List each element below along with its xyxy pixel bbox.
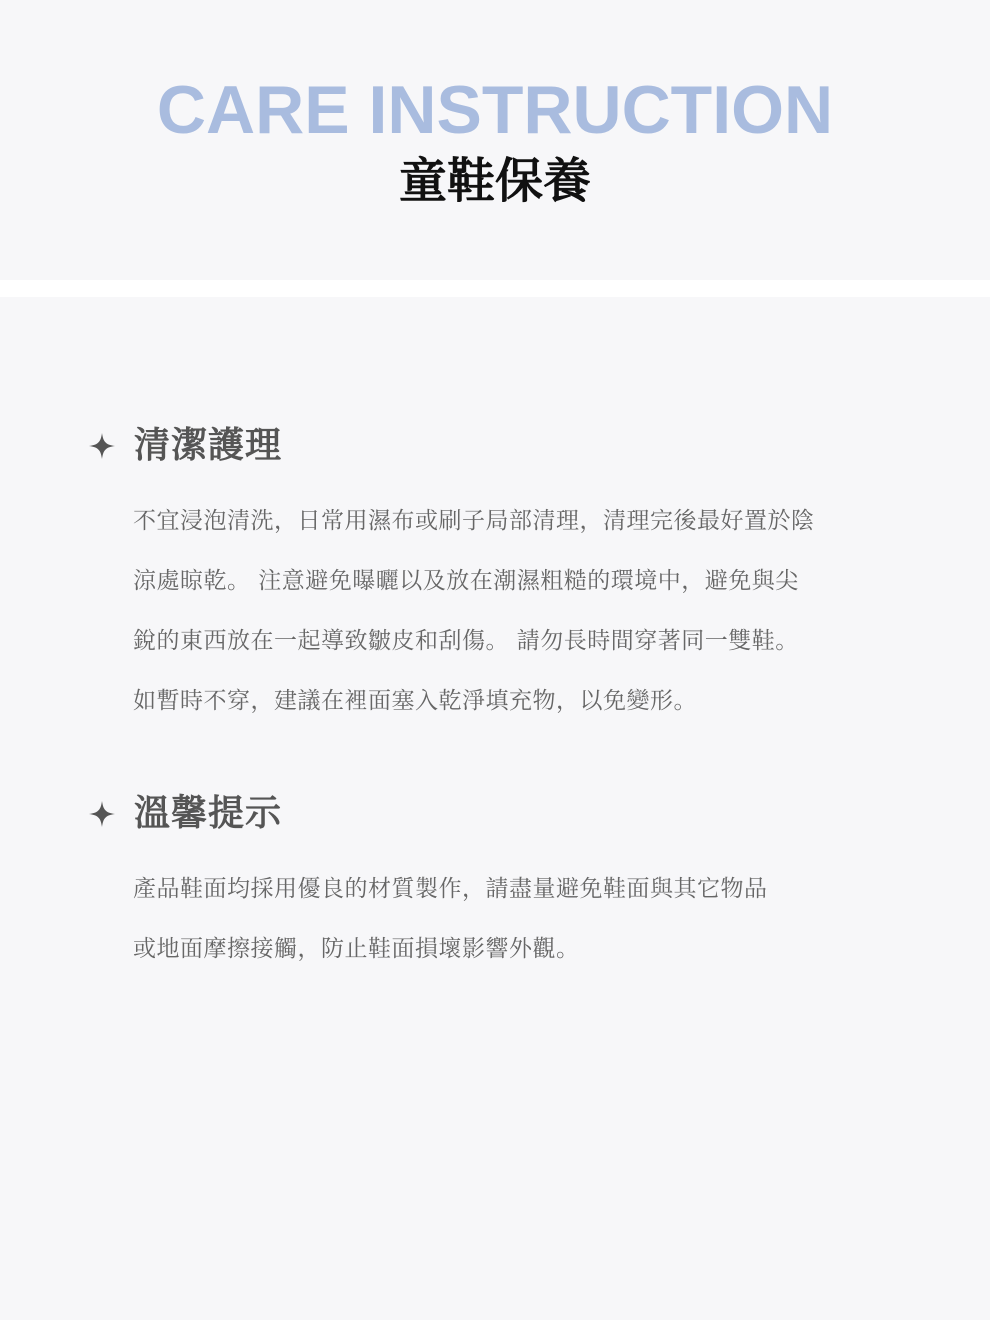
section-title: 溫馨提示	[134, 789, 282, 839]
body-line: 涼處晾乾。 注意避免曝曬以及放在潮濕粗糙的環境中，避免與尖	[133, 551, 913, 611]
section-body: 不宜浸泡清洗，日常用濕布或刷子局部清理，清理完後最好置於陰 涼處晾乾。 注意避免…	[133, 491, 913, 731]
body-line: 或地面摩擦接觸，防止鞋面損壞影響外觀。	[133, 919, 913, 979]
four-point-star-icon	[88, 432, 116, 460]
body-line: 銳的東西放在一起導致皺皮和刮傷。 請勿長時間穿著同一雙鞋。	[133, 611, 913, 671]
body-line: 如暫時不穿，建議在裡面塞入乾淨填充物，以免變形。	[133, 671, 913, 731]
page-title-chinese: 童鞋保養	[0, 150, 990, 212]
section-heading: 溫馨提示	[88, 789, 282, 839]
page-title-english: CARE INSTRUCTION	[0, 72, 990, 148]
section-divider	[0, 280, 990, 297]
section-title: 清潔護理	[134, 421, 282, 471]
body-line: 產品鞋面均採用優良的材質製作，請盡量避免鞋面與其它物品	[133, 859, 913, 919]
section-body: 產品鞋面均採用優良的材質製作，請盡量避免鞋面與其它物品 或地面摩擦接觸，防止鞋面…	[133, 859, 913, 979]
four-point-star-icon	[88, 800, 116, 828]
care-content: 清潔護理 不宜浸泡清洗，日常用濕布或刷子局部清理，清理完後最好置於陰 涼處晾乾。…	[0, 297, 990, 1320]
page-header: CARE INSTRUCTION 童鞋保養	[0, 0, 990, 280]
body-line: 不宜浸泡清洗，日常用濕布或刷子局部清理，清理完後最好置於陰	[133, 491, 913, 551]
section-heading: 清潔護理	[88, 421, 282, 471]
